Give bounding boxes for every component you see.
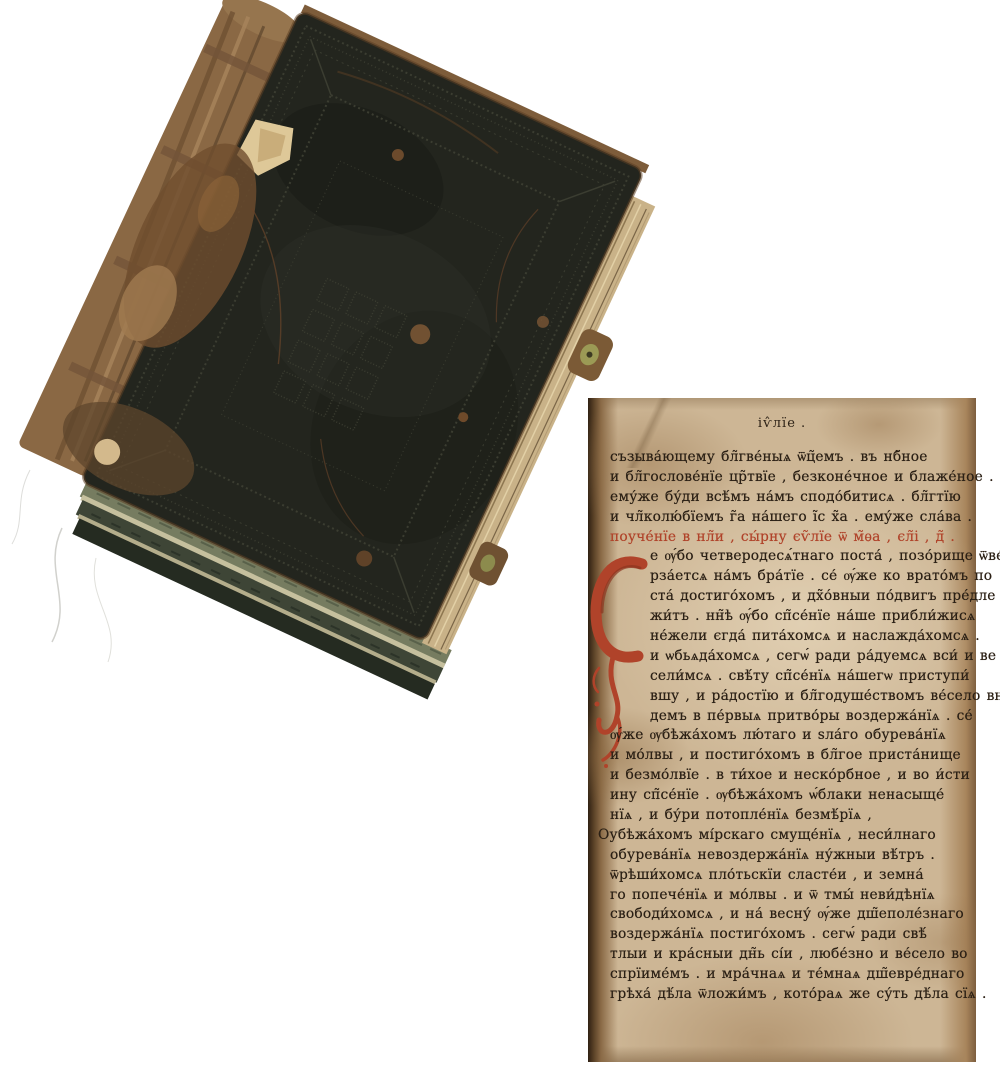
- text-line: ста́ достиго́хомъ , и дх̃о́вныи по́двигъ…: [650, 587, 964, 607]
- text-line: жи́тъ . нн̃ѣ ѹ́бо сп̃се́нїе на́ше прибли…: [650, 607, 964, 627]
- text-line: и чл̃колю́бїемъ г̃а на́шего і̃с х̃а . ем…: [610, 508, 964, 528]
- text-line: ѿрѣши́хомсѧ пло́тьскїи сласте́и , и земн…: [610, 866, 964, 886]
- text-line: вшу , и ра́достїю и бл̃годуше́ствомъ ве́…: [650, 687, 964, 707]
- text-line: сели́мсѧ . свѣ́ту сп̃се́нїѧ на́шегѡ прис…: [650, 667, 964, 687]
- text-line: ему́же бу́ди всѣ́мъ на́мъ сподо́битисѧ .…: [610, 488, 964, 508]
- page-text: съзыва́ющему бл̃гве́ныѧ ѿц̃емъ . въ нб̃н…: [610, 448, 964, 1005]
- text-line: обурева́нїѧ невоздержа́нїѧ ну́жныи вѣ́тр…: [610, 846, 964, 866]
- text-line: свободи́хомсѧ , и на́ весну́ ѹ́же дш̃епо…: [610, 905, 964, 925]
- text-line: поуче́нїе в нл̃и , сы́рну єѵ̃лїе ѿ м̃ѳа …: [610, 528, 964, 548]
- text-line: Оубѣжа́хомъ мі́рскаго смуще́нїѧ , неси́л…: [598, 826, 964, 846]
- text-line: го попече́нїѧ и мо́лвы . и ѿ тмы́ неви́д…: [610, 886, 964, 906]
- text-line: нїѧ , и бу́ри потопле́нїѧ безмѣ́рїѧ ,: [610, 806, 964, 826]
- text-line: спрїиме́мъ . и мра́чнаѧ и те́мнаѧ дш̃евр…: [610, 965, 964, 985]
- text-line: ину сп̃се́нїе . ѹбѣжа́хомъ ѡ́блаки ненас…: [610, 786, 964, 806]
- text-line: демъ в пе́рвыѧ притво́ры воздержа́нїѧ . …: [650, 707, 964, 727]
- text-line: и безмо́лвїе . в ти́хое и неско́рбное , …: [610, 766, 964, 786]
- manuscript-page: іѵ̂лїе . съзыва́ющему бл̃гве́ныѧ ѿц̃емъ …: [588, 398, 976, 1062]
- text-line: и мо́лвы , и постиго́хомъ в бл̃гое прист…: [610, 746, 964, 766]
- text-line: и ѡбьѧда́хомсѧ , сегѡ́ ради ра́дуемсѧ вс…: [650, 647, 964, 667]
- text-line: воздержа́нїѧ постиго́хомъ . сегѡ́ ради с…: [610, 925, 964, 945]
- text-line: ѹ́же ѹбѣжа́хомъ лю́таго и ѕла́го обурева…: [610, 726, 964, 746]
- text-line: е ѹ́бо четверодесѧ́тнаго поста́ , позо́р…: [650, 547, 964, 567]
- page-header: іѵ̂лїе .: [588, 416, 976, 431]
- text-line: не́жели єгда́ пита́хомсѧ и наслажда́хомс…: [650, 627, 964, 647]
- text-line: тлыи и кра́сныи дн̃ь сі́и , любе́зно и в…: [610, 945, 964, 965]
- text-line: съзыва́ющему бл̃гве́ныѧ ѿц̃емъ . въ нб̃н…: [610, 448, 964, 468]
- photo-canvas: іѵ̂лїе . съзыва́ющему бл̃гве́ныѧ ѿц̃емъ …: [0, 0, 1000, 1091]
- text-line: рза́етсѧ на́мъ бра́тїе . се́ ѹ́же ко вра…: [650, 567, 964, 587]
- text-line: и бл̃гослове́нїе цр̃твїе , безконе́чное …: [610, 468, 964, 488]
- text-line: грѣха́ дѣ́ла ѿложи́мъ , кото́раѧ же су́т…: [610, 985, 964, 1005]
